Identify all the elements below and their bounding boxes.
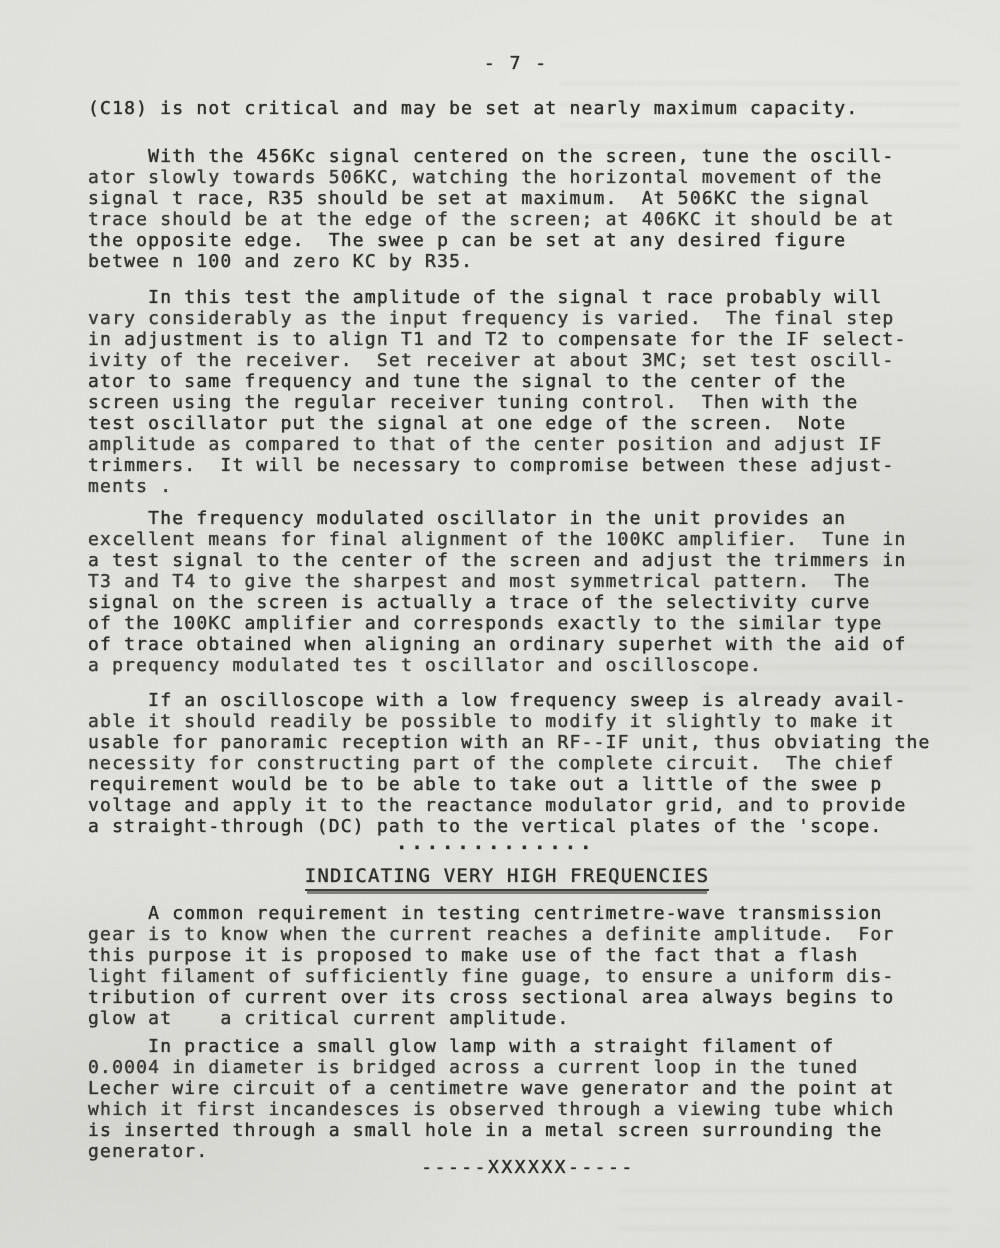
body-text-lower-section: A common requirement in testing centrime…	[0, 903, 1000, 1162]
body-text-upper-section: (C18) is not critical and may be set at …	[0, 98, 1000, 837]
text-line: a prequency modulated tes t oscillator a…	[88, 655, 980, 676]
text-line: betwee n 100 and zero KC by R35.	[88, 251, 980, 272]
text-line: this purpose it is proposed to make use …	[88, 945, 980, 966]
text-line: vary considerably as the input frequency…	[88, 308, 980, 329]
document-end-mark: -----XXXXXX-----	[28, 1157, 1000, 1178]
text-line: tribution of current over its cross sect…	[88, 987, 980, 1008]
section-heading-text: INDICATING VERY HIGH FREQUENCIES	[305, 865, 709, 891]
text-line: In practice a small glow lamp with a str…	[88, 1036, 980, 1057]
text-line: The frequency modulated oscillator in th…	[88, 508, 980, 529]
text-line: If an oscilloscope with a low frequency …	[88, 690, 980, 711]
paragraph: In practice a small glow lamp with a str…	[88, 1036, 980, 1162]
text-line: signal on the screen is actually a trace…	[88, 592, 980, 613]
text-line: gear is to know when the current reaches…	[88, 924, 980, 945]
text-line: is inserted through a small hole in a me…	[88, 1120, 980, 1141]
text-line: ator to same frequency and tune the sign…	[88, 371, 980, 392]
text-line: requirement would be to be able to take …	[88, 774, 980, 795]
text-line: necessity for constructing part of the c…	[88, 753, 980, 774]
text-line: A common requirement in testing centrime…	[88, 903, 980, 924]
text-line: With the 456Kc signal centered on the sc…	[88, 146, 980, 167]
text-line: in adjustment is to align T1 and T2 to c…	[88, 329, 980, 350]
bleed-through-smudge	[620, 1180, 950, 1230]
text-line: Lecher wire circuit of a centimetre wave…	[88, 1078, 980, 1099]
text-line: (C18) is not critical and may be set at …	[88, 98, 980, 119]
text-line: screen using the regular receiver tuning…	[88, 392, 980, 413]
paragraph: In this test the amplitude of the signal…	[88, 287, 980, 497]
paragraph: A common requirement in testing centrime…	[88, 903, 980, 1029]
text-line: able it should readily be possible to mo…	[88, 711, 980, 732]
text-line: trace should be at the edge of the scree…	[88, 209, 980, 230]
text-line: the opposite edge. The swee p can be set…	[88, 230, 980, 251]
paragraph: The frequency modulated oscillator in th…	[88, 508, 980, 676]
paragraph: (C18) is not critical and may be set at …	[88, 98, 980, 119]
text-line: glow at a critical current amplitude.	[88, 1008, 980, 1029]
text-line: of the 100KC amplifier and corresponds e…	[88, 613, 980, 634]
scanned-document-page: - 7 - (C18) is not critical and may be s…	[0, 0, 1000, 1248]
text-line: signal t race, R35 should be set at maxi…	[88, 188, 980, 209]
text-line: a test signal to the center of the scree…	[88, 550, 980, 571]
text-line: voltage and apply it to the reactance mo…	[88, 795, 980, 816]
text-line: ator slowly towards 506KC, watching the …	[88, 167, 980, 188]
paragraph: If an oscilloscope with a low frequency …	[88, 690, 980, 837]
text-line: usable for panoramic reception with an R…	[88, 732, 980, 753]
section-separator-dots: .............	[0, 837, 996, 851]
page-number: - 7 -	[16, 53, 1000, 74]
text-line: which it first incandesces is observed t…	[88, 1099, 980, 1120]
text-line: In this test the amplitude of the signal…	[88, 287, 980, 308]
text-line: ments .	[88, 476, 980, 497]
text-line: T3 and T4 to give the sharpest and most …	[88, 571, 980, 592]
text-line: test oscillator put the signal at one ed…	[88, 413, 980, 434]
text-line: ivity of the receiver. Set receiver at a…	[88, 350, 980, 371]
text-line: trimmers. It will be necessary to compro…	[88, 455, 980, 476]
paragraph: With the 456Kc signal centered on the sc…	[88, 146, 980, 272]
text-line: light filament of sufficiently fine guag…	[88, 966, 980, 987]
text-line: excellent means for final alignment of t…	[88, 529, 980, 550]
section-heading: INDICATING VERY HIGH FREQUENCIES	[7, 863, 1000, 889]
text-line: 0.0004 in diameter is bridged across a c…	[88, 1057, 980, 1078]
text-line: amplitude as compared to that of the cen…	[88, 434, 980, 455]
text-line: of trace obtained when aligning an ordin…	[88, 634, 980, 655]
